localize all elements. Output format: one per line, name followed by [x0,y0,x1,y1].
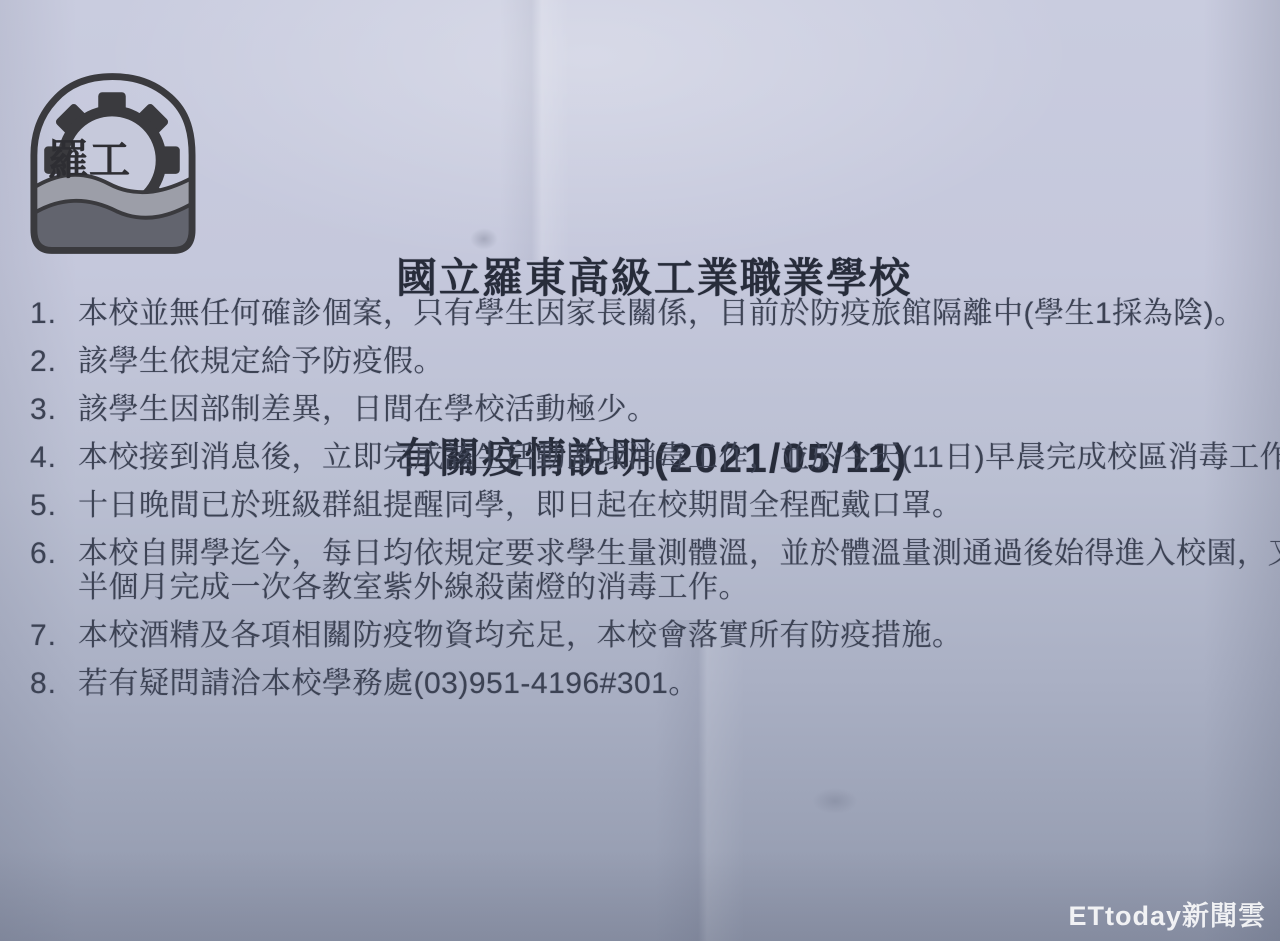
item-text: 本校並無任何確診個案，只有學生因家長關係，目前於防疫旅館隔離中(學生1採為陰)。 [78,297,1280,331]
item-text: 本校酒精及各項相關防疫物資均充足，本校會落實所有防疫措施。 [78,619,1280,653]
notice-item: 7. 本校酒精及各項相關防疫物資均充足，本校會落實所有防疫措施。 [30,619,1280,653]
ettoday-watermark: ETtoday新聞雲 [1068,894,1266,933]
notice-item-list: 1. 本校並無任何確診個案，只有學生因家長關係，目前於防疫旅館隔離中(學生1採為… [30,297,1280,715]
item-number: 5. [30,489,78,523]
notice-item: 6. 本校自開學迄今，每日均依規定要求學生量測體溫，並於體溫量測通過後始得進入校… [30,537,1280,605]
item-text: 若有疑問請洽本校學務處(03)951-4196#301。 [78,667,1280,701]
item-number: 7. [30,619,78,653]
paper-smudge [812,788,858,814]
notice-item: 5. 十日晚間已於班級群組提醒同學，即日起在校期間全程配戴口罩。 [30,489,1280,523]
item-text: 該學生依規定給予防疫假。 [78,345,1280,379]
notice-item: 8. 若有疑問請洽本校學務處(03)951-4196#301。 [30,667,1280,701]
item-number: 8. [30,667,78,701]
school-logo-icon: 羅工 [28,70,196,258]
item-number: 3. [30,393,78,427]
notice-item: 4. 本校接到消息後，立即完成該生活動區域消毒工作，並於今天(11日)早晨完成校… [30,441,1280,475]
notice-item: 3. 該學生因部制差異，日間在學校活動極少。 [30,393,1280,427]
item-number: 2. [30,345,78,379]
item-text: 本校自開學迄今，每日均依規定要求學生量測體溫，並於體溫量測通過後始得進入校園，又… [78,537,1280,605]
item-number: 1. [30,297,78,331]
item-text: 該學生因部制差異，日間在學校活動極少。 [78,393,1280,427]
notice-item: 1. 本校並無任何確診個案，只有學生因家長關係，目前於防疫旅館隔離中(學生1採為… [30,297,1280,331]
waves-icon [28,175,196,257]
item-text: 十日晚間已於班級群組提醒同學，即日起在校期間全程配戴口罩。 [78,489,1280,523]
item-number: 4. [30,441,78,475]
logo-character-luo: 羅工 [48,137,131,183]
item-number: 6. [30,537,78,571]
item-text: 本校接到消息後，立即完成該生活動區域消毒工作，並於今天(11日)早晨完成校區消毒… [78,441,1280,475]
notice-item: 2. 該學生依規定給予防疫假。 [30,345,1280,379]
